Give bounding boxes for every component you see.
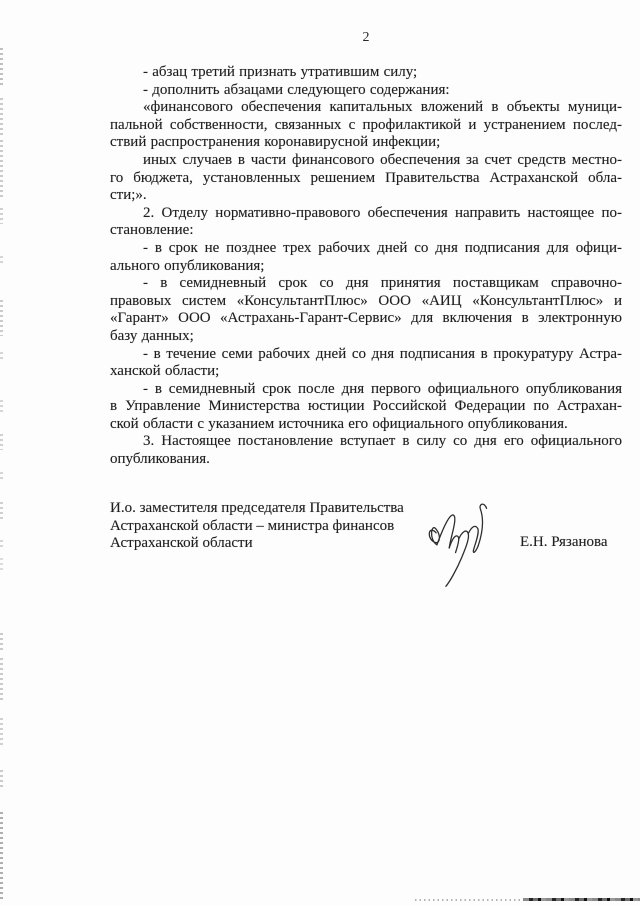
- scan-artifact-left: [0, 98, 3, 135]
- scan-artifact-left: [0, 472, 3, 480]
- signoff-line: И.о. заместителя председателя Правительс…: [110, 500, 440, 518]
- body-line: - дополнить абзацами следующего содержан…: [110, 82, 622, 100]
- body-line: пальной собственности, связанных с профи…: [110, 117, 622, 135]
- signature-block: И.о. заместителя председателя Правительс…: [110, 500, 440, 553]
- body-line: иных случаев в части финансового обеспеч…: [110, 152, 622, 170]
- scan-artifact-left: [0, 352, 3, 360]
- scan-artifact-left: [0, 658, 3, 702]
- body-line: 3. Настоящее постановление вступает в си…: [110, 433, 622, 451]
- body-line: сти;».: [110, 187, 622, 205]
- scan-artifact-bottom: [523, 898, 640, 901]
- scan-artifact-left: [0, 718, 3, 745]
- signoff-line: Астраханской области – министра финансов: [110, 518, 440, 536]
- scan-artifact-left: [0, 502, 3, 520]
- scan-artifact-left: [0, 208, 3, 224]
- body-line: правовых систем «КонсультантПлюс» ООО «А…: [110, 293, 622, 311]
- body-line: ального опубликования;: [110, 258, 622, 276]
- scan-artifact-left: [0, 300, 3, 336]
- body-line: базу данных;: [110, 328, 622, 346]
- document-body: - абзац третий признать утратившим силу;…: [110, 64, 622, 469]
- body-line: 2. Отделу нормативно-правового обеспечен…: [110, 205, 622, 223]
- body-line: - абзац третий признать утратившим силу;: [110, 64, 622, 82]
- body-line: «финансового обеспечения капитальных вло…: [110, 99, 622, 117]
- scan-artifact-left: [0, 400, 3, 412]
- page-number: 2: [110, 30, 622, 46]
- body-line: го бюджета, установленных решением Прави…: [110, 170, 622, 188]
- scan-artifact-left: [0, 48, 3, 85]
- scan-artifact-left: [0, 558, 3, 570]
- body-line: - в течение семи рабочих дней со дня под…: [110, 346, 622, 364]
- body-line: - в семидневный срок со дня принятия пос…: [110, 275, 622, 293]
- scan-artifact-left: [0, 434, 3, 450]
- body-line: опубликования.: [110, 451, 622, 469]
- scan-artifact-left: [0, 812, 3, 900]
- body-line: ствий распространения коронавирусной инф…: [110, 134, 622, 152]
- body-line: в Управление Министерства юстиции Россий…: [110, 398, 622, 416]
- signer-name: Е.Н. Рязанова: [520, 534, 630, 551]
- body-line: «Гарант» ООО «Астрахань-Гарант-Сервис» д…: [110, 310, 622, 328]
- scan-artifact-left: [0, 633, 3, 650]
- signoff-line: Астраханской области: [110, 535, 440, 553]
- scan-artifact-left: [0, 540, 3, 550]
- handwritten-signature-icon: [419, 494, 507, 594]
- body-line: ской области с указанием источника его о…: [110, 416, 622, 434]
- scan-artifact-left: [0, 256, 3, 266]
- scan-artifact-left: [0, 770, 3, 790]
- scanned-document-page: 2 - абзац третий признать утратившим сил…: [0, 0, 640, 905]
- scan-artifact-left: [0, 140, 3, 200]
- body-line: ханской области;: [110, 363, 622, 381]
- body-line: - в срок не позднее трех рабочих дней со…: [110, 240, 622, 258]
- body-line: становление:: [110, 222, 622, 240]
- scan-artifact-bottom: [415, 899, 523, 901]
- body-line: - в семидневный срок после дня первого о…: [110, 381, 622, 399]
